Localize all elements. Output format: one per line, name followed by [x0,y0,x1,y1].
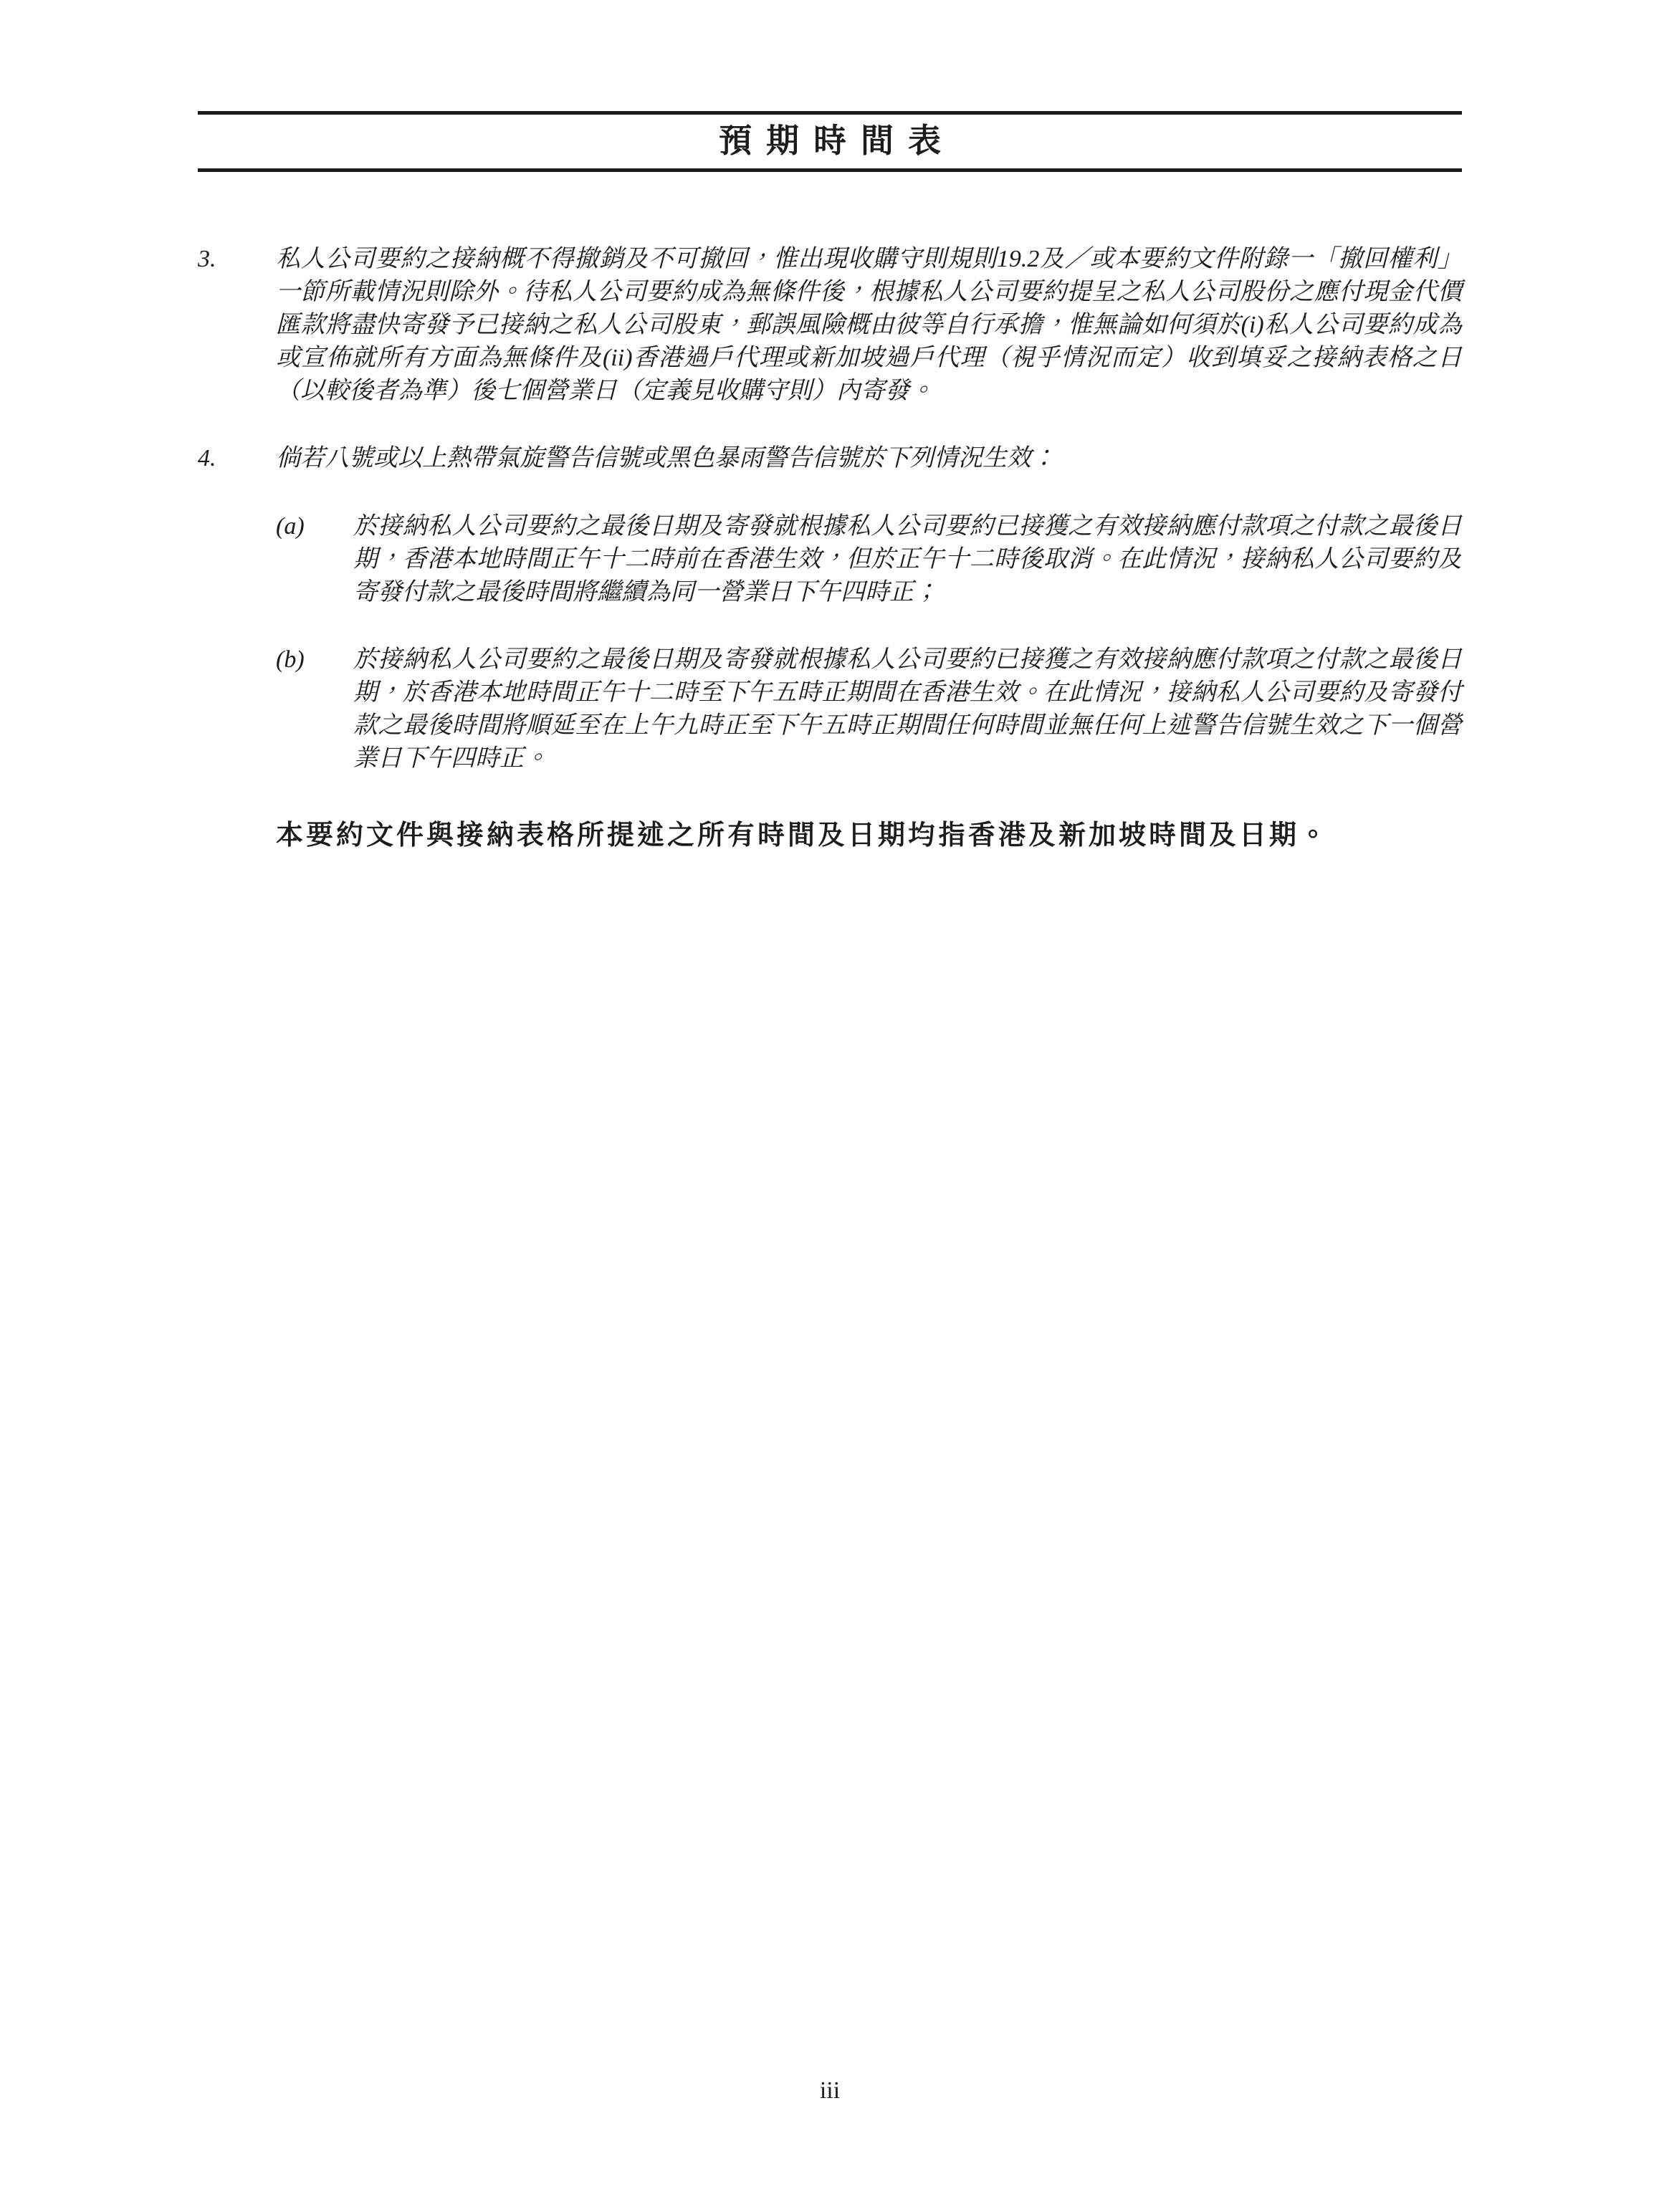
paragraph-text: 倘若八號或以上熱帶氣旋警告信號或黑色暴雨警告信號於下列情況生效： [276,442,1462,475]
page-content: 預期時間表 3. 私人公司要約之接納概不得撤銷及不可撤回，惟出現收購守則規則19… [198,0,1462,853]
page-title: 預期時間表 [198,124,1462,157]
page-number: iii [198,2077,1462,2105]
lettered-subitem-a: (a) 於接納私人公司要約之最後日期及寄發就根據私人公司要約已接獲之有效接納應付… [276,510,1462,609]
paragraph-text: 私人公司要約之接納概不得撤銷及不可撤回，惟出現收購守則規則19.2及／或本要約文… [276,243,1462,408]
subitem-text: 於接納私人公司要約之最後日期及寄發就根據私人公司要約已接獲之有效接納應付款項之付… [353,643,1462,775]
document-page: 預期時間表 3. 私人公司要約之接納概不得撤銷及不可撤回，惟出現收購守則規則19… [0,0,1659,2212]
subitem-label: (b) [276,643,353,676]
lettered-subitem-b: (b) 於接納私人公司要約之最後日期及寄發就根據私人公司要約已接獲之有效接納應付… [276,643,1462,775]
page-header: 預期時間表 [198,111,1462,172]
paragraph-number: 3. [198,243,276,276]
numbered-paragraph-3: 3. 私人公司要約之接納概不得撤銷及不可撤回，惟出現收購守則規則19.2及／或本… [198,243,1462,408]
numbered-paragraph-4: 4. 倘若八號或以上熱帶氣旋警告信號或黑色暴雨警告信號於下列情況生效： [198,442,1462,475]
paragraph-number: 4. [198,442,276,475]
closing-statement: 本要約文件與接納表格所提述之所有時間及日期均指香港及新加坡時間及日期。 [276,818,1462,853]
subitem-text: 於接納私人公司要約之最後日期及寄發就根據私人公司要約已接獲之有效接納應付款項之付… [353,510,1462,609]
subitem-label: (a) [276,510,353,543]
